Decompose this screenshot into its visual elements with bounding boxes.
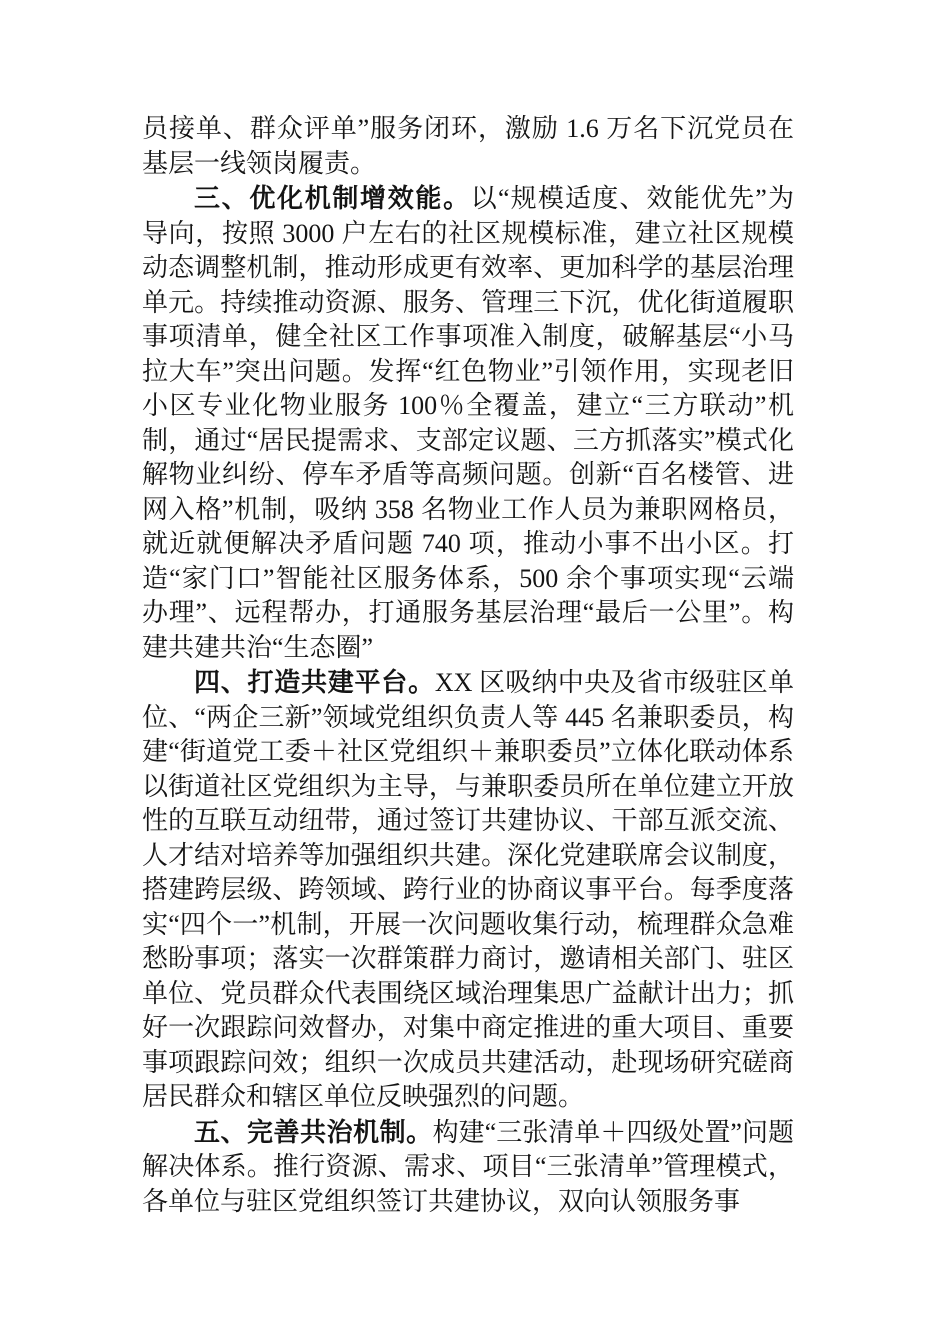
section-3-heading: 三、优化机制增效能。: [194, 183, 471, 213]
section-5-heading: 五、完善共治机制。: [194, 1117, 433, 1147]
section-3-body-text: 以“规模适度、效能优先”为导向，按照 3000 户左右的社区规模标准，建立社区规…: [142, 184, 794, 662]
paragraph-section-4: 四、打造共建平台。XX 区吸纳中央及省市级驻区单位、“两企三新”领域党组织负责人…: [142, 665, 794, 1115]
section-4-heading: 四、打造共建平台。: [194, 667, 435, 697]
paragraph-section-3: 三、优化机制增效能。以“规模适度、效能优先”为导向，按照 3000 户左右的社区…: [142, 181, 794, 665]
paragraph-section-5: 五、完善共治机制。构建“三张清单＋四级处置”问题解决体系。推行资源、需求、项目“…: [142, 1115, 794, 1220]
paragraph-continuation: 员接单、群众评单”服务闭环，激励 1.6 万名下沉党员在基层一线领岗履责。: [142, 112, 794, 181]
document-text-column: 员接单、群众评单”服务闭环，激励 1.6 万名下沉党员在基层一线领岗履责。 三、…: [142, 112, 794, 1219]
section-4-body-text: XX 区吸纳中央及省市级驻区单位、“两企三新”领域党组织负责人等 445 名兼职…: [142, 668, 794, 1111]
document-page: 员接单、群众评单”服务闭环，激励 1.6 万名下沉党员在基层一线领岗履责。 三、…: [0, 0, 950, 1344]
paragraph-text: 员接单、群众评单”服务闭环，激励 1.6 万名下沉党员在基层一线领岗履责。: [142, 114, 794, 178]
